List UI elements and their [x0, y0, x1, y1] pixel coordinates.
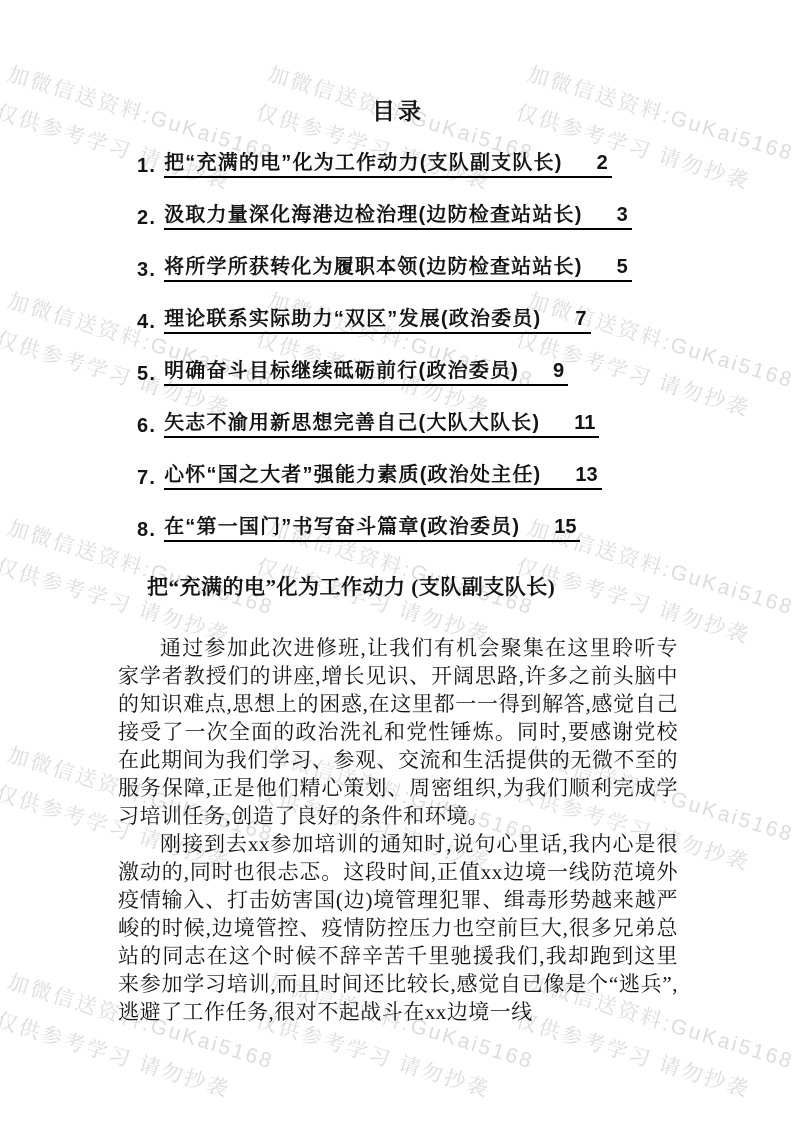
toc-page-number: 7: [575, 307, 586, 331]
toc-page-number: 5: [617, 255, 628, 279]
paragraph-1: 通过参加此次进修班,让我们有机会聚集在这里聆听专家学者教授们的讲座,增长见识、开…: [118, 634, 678, 830]
toc-entry-number: 3.: [137, 258, 156, 282]
toc-entry[interactable]: 4.理论联系实际助力“双区”发展(政治委员)7: [137, 310, 678, 334]
toc-entry-line: 汲取力量深化海港边检治理(边防检查站站长)3: [164, 203, 632, 230]
article-heading: 把“充满的电”化为工作动力 (支队副支队长): [147, 572, 678, 602]
toc-entry-number: 8.: [137, 518, 156, 542]
toc-entry[interactable]: 2.汲取力量深化海港边检治理(边防检查站站长)3: [137, 206, 678, 230]
toc-entry[interactable]: 8.在“第一国门”书写奋斗篇章(政治委员)15: [137, 518, 678, 542]
toc-entry-line: 矢志不渝用新思想完善自己(大队大队长)11: [164, 411, 599, 438]
toc-entry-title: 理论联系实际助力“双区”发展(政治委员): [164, 307, 541, 331]
toc-entry[interactable]: 3.将所学所获转化为履职本领(边防检查站站长)5: [137, 258, 678, 282]
toc-entry-line: 理论联系实际助力“双区”发展(政治委员)7: [164, 307, 590, 334]
document-page: 加微信送资料:GuKai5168仅供参考学习 请勿抄袭加微信送资料:GuKai5…: [0, 0, 793, 1122]
toc-page-number: 15: [554, 515, 576, 539]
toc-entry-title: 将所学所获转化为履职本领(边防检查站站长): [164, 255, 583, 279]
toc-entry-number: 2.: [137, 206, 156, 230]
document-content: 目录 1.把“充满的电”化为工作动力(支队副支队长)22.汲取力量深化海港边检治…: [118, 98, 678, 1026]
toc-entry-line: 将所学所获转化为履职本领(边防检查站站长)5: [164, 255, 632, 282]
toc-entry-line: 心怀“国之大者”强能力素质(政治处主任)13: [164, 463, 602, 490]
toc-page-number: 11: [574, 411, 595, 435]
toc-entry-number: 6.: [137, 414, 156, 438]
toc-entry-title: 汲取力量深化海港边检治理(边防检查站站长): [164, 203, 583, 227]
toc-entry-number: 4.: [137, 310, 156, 334]
toc-entry-number: 1.: [137, 154, 156, 178]
toc-entry-title: 在“第一国门”书写奋斗篇章(政治委员): [164, 515, 520, 539]
toc-entry-number: 7.: [137, 466, 156, 490]
toc-page-number: 9: [553, 359, 564, 383]
toc-entry-title: 明确奋斗目标继续砥砺前行(政治委员): [164, 359, 519, 383]
paragraph-2: 刚接到去xx参加培训的通知时,说句心里话,我内心是很激动的,同时也很忐忑。这段时…: [118, 830, 678, 1026]
toc-entry-line: 明确奋斗目标继续砥砺前行(政治委员)9: [164, 359, 568, 386]
toc-page-number: 2: [597, 151, 608, 175]
toc-page-number: 3: [617, 203, 628, 227]
toc-entry[interactable]: 7.心怀“国之大者”强能力素质(政治处主任)13: [137, 466, 678, 490]
toc-entry[interactable]: 1.把“充满的电”化为工作动力(支队副支队长)2: [137, 154, 678, 178]
toc-entry-title: 心怀“国之大者”强能力素质(政治处主任): [164, 463, 541, 487]
toc-entry-number: 5.: [137, 362, 156, 386]
toc-title: 目录: [118, 98, 678, 124]
toc-page-number: 13: [575, 463, 597, 487]
toc-entry-title: 矢志不渝用新思想完善自己(大队大队长): [164, 411, 540, 435]
toc-entry-line: 在“第一国门”书写奋斗篇章(政治委员)15: [164, 515, 580, 542]
toc-entry[interactable]: 5.明确奋斗目标继续砥砺前行(政治委员)9: [137, 362, 678, 386]
toc-list: 1.把“充满的电”化为工作动力(支队副支队长)22.汲取力量深化海港边检治理(边…: [118, 154, 678, 542]
toc-entry-line: 把“充满的电”化为工作动力(支队副支队长)2: [164, 151, 612, 178]
toc-entry[interactable]: 6.矢志不渝用新思想完善自己(大队大队长)11: [137, 414, 678, 438]
toc-entry-title: 把“充满的电”化为工作动力(支队副支队长): [164, 151, 563, 175]
